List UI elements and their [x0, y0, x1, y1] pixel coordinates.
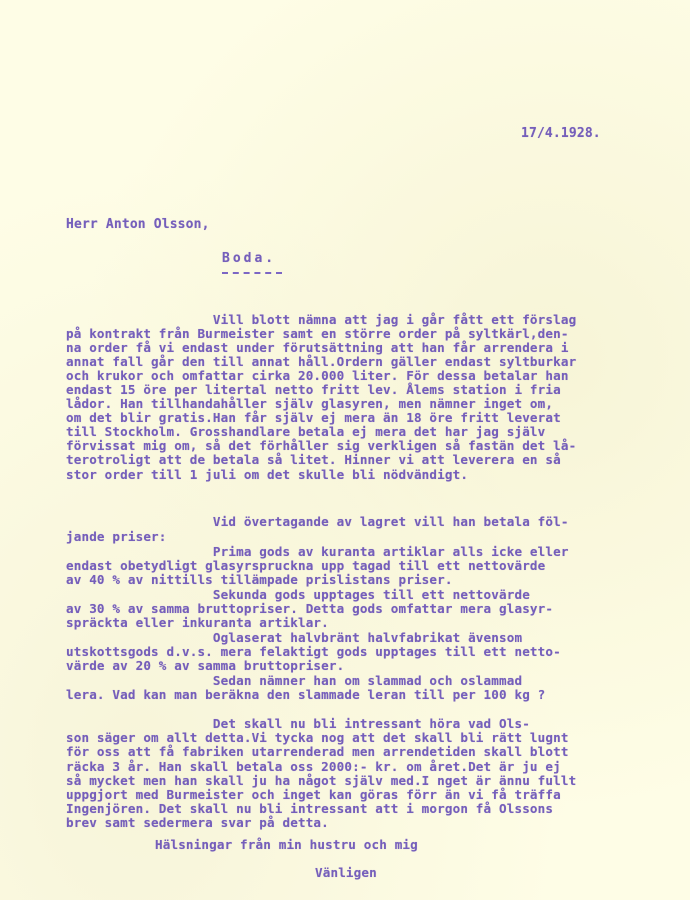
- body-line: så mycket men han skall ju ha något själ…: [66, 774, 576, 788]
- body-line: Vid övertagande av lagret vill han betal…: [66, 515, 569, 529]
- body-line: Vill blott nämna att jag i går fått ett …: [66, 313, 576, 327]
- salutation: Herr Anton Olsson,: [66, 218, 210, 232]
- body-line: stor order till 1 juli om det skulle bli…: [66, 468, 468, 482]
- place-underline: [222, 272, 282, 274]
- body-line: förvissat mig om, så det förhåller sig v…: [66, 439, 576, 453]
- body-line: Ingenjören. Det skall nu bli intressant …: [66, 802, 553, 816]
- body-line: Sedan nämner han om slammad och oslammad: [66, 674, 522, 688]
- body-line: endast obetydligt glasyrspruckna upp tag…: [66, 559, 545, 573]
- body-line: na order få vi endast under förutsättnin…: [66, 341, 569, 355]
- body-line: av 40 % av nittills tillämpade prislista…: [66, 573, 453, 587]
- body-line: räcka 3 år. Han skall betala oss 2000:- …: [66, 760, 561, 774]
- body-line: lådor. Han tillhandahåller själv glasyre…: [66, 397, 553, 411]
- body-line: för oss att få fabriken utarrenderad men…: [66, 745, 569, 759]
- body-line: jande priser:: [66, 530, 167, 544]
- body-line: Oglaserat halvbränt halvfabrikat ävensom: [66, 631, 522, 645]
- body-line: av 30 % av samma bruttopriser. Detta god…: [66, 602, 553, 616]
- body-line: på kontrakt från Burmeister samt en stör…: [66, 327, 569, 341]
- body-line: Prima gods av kuranta artiklar alls icke…: [66, 545, 569, 559]
- body-line: och krukor och omfattar cirka 20.000 lit…: [66, 369, 569, 383]
- body-line: endast 15 öre per litertal netto fritt l…: [66, 383, 561, 397]
- body-line: utskottsgods d.v.s. mera felaktigt gods …: [66, 645, 561, 659]
- closing-greeting: Hälsningar från min hustru och mig: [155, 838, 418, 852]
- body-line: uppgjort med Burmeister och inget kan gö…: [66, 788, 561, 802]
- body-line: värde av 20 % av samma bruttopriser.: [66, 659, 344, 673]
- body-line: brev samt sedermera svar på detta.: [66, 816, 329, 830]
- recipient-place: Boda.: [222, 252, 276, 266]
- body-line: Det skall nu bli intressant höra vad Ols…: [66, 717, 530, 731]
- body-line: terotroligt att de betala så litet. Hinn…: [66, 453, 561, 467]
- body-line: spräckta eller inkuranta artiklar.: [66, 616, 329, 630]
- body-line: lera. Vad kan man beräkna den slammade l…: [66, 688, 545, 702]
- body-line: om det blir gratis.Han får själv ej mera…: [66, 411, 561, 425]
- body-line: son säger om allt detta.Vi tycka nog att…: [66, 731, 569, 745]
- body-line: Sekunda gods upptages till ett nettovärd…: [66, 588, 530, 602]
- signoff: Vänligen: [315, 866, 377, 880]
- letter-date: 17/4.1928.: [521, 127, 601, 141]
- body-line: till Stockholm. Grosshandlare betala ej …: [66, 425, 545, 439]
- body-line: annat fall går den till annat håll.Order…: [66, 355, 576, 369]
